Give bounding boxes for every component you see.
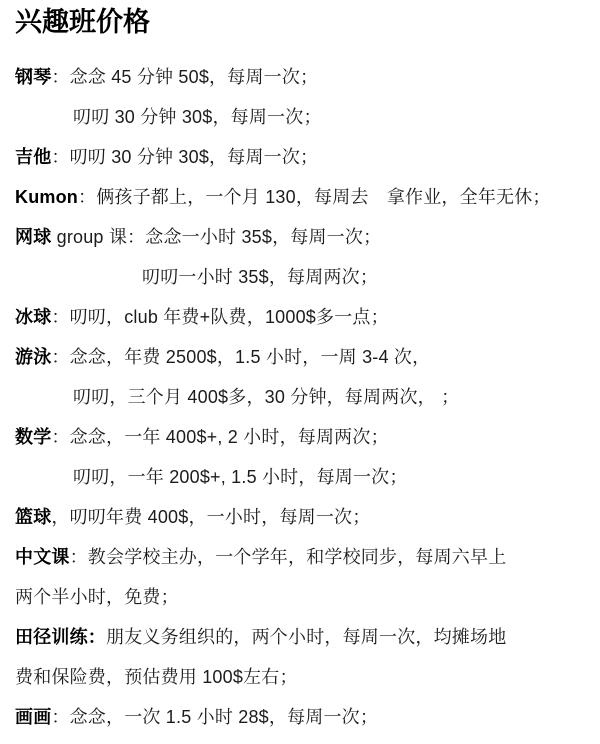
page-title: 兴趣班价格 [15,5,586,39]
line-text: ：俩孩子都上，一个月 130，每周去 拿作业，全年无休； [78,187,551,207]
line-label: Kumon [15,187,78,207]
line-label: 冰球 [15,307,51,327]
line-text: 叨叨，三个月 400$多，30 分钟，每周两次， ； [73,387,459,407]
line-text: group 课：念念一小时 35$，每周一次； [51,227,381,247]
doc-line: 叨叨一小时 35$，每周两次； [15,257,586,297]
doc-line: 田径训练：朋友义务组织的，两个小时，每周一次，均摊场地 [15,617,586,657]
doc-line: 数学：念念，一年 400$+, 2 小时，每周两次； [15,417,586,457]
document-page: 兴趣班价格 钢琴：念念 45 分钟 50$，每周一次； 叨叨 30 分钟 30$… [0,0,600,737]
line-text: ：教会学校主办，一个学年，和学校同步，每周六早上 [70,547,507,567]
doc-line: 两个半小时，免费； [15,577,586,617]
line-text: ：念念，一年 400$+, 2 小时，每周两次； [51,427,388,447]
line-label: 网球 [15,227,51,247]
line-text: 叨叨，一年 200$+, 1.5 小时，每周一次； [73,467,408,487]
doc-line: 中文课：教会学校主办，一个学年，和学校同步，每周六早上 [15,537,586,577]
doc-line: 冰球：叨叨，club 年费+队费，1000$多一点； [15,297,586,337]
line-label: 篮球 [15,507,51,527]
doc-line: 叨叨，三个月 400$多，30 分钟，每周两次， ； [15,377,586,417]
line-label: 田径训练： [15,627,106,647]
doc-line: 叨叨 30 分钟 30$，每周一次； [15,97,586,137]
doc-line: 叨叨，一年 200$+, 1.5 小时，每周一次； [15,457,586,497]
line-label: 吉他 [15,147,51,167]
line-text: 费和保险费，预估费用 100$左右； [15,667,298,687]
line-text: 朋友义务组织的，两个小时，每周一次，均摊场地 [106,627,506,647]
line-text: ：念念 45 分钟 50$，每周一次； [51,67,318,87]
doc-line: Kumon：俩孩子都上，一个月 130，每周去 拿作业，全年无休； [15,177,586,217]
line-label: 数学 [15,427,51,447]
line-label: 画画 [15,707,51,727]
line-text: 叨叨 30 分钟 30$，每周一次； [73,107,322,127]
doc-line: 游泳：念念，年费 2500$，1.5 小时，一周 3-4 次， [15,337,586,377]
line-label: 中文课 [15,547,70,567]
line-label: 钢琴 [15,67,51,87]
line-text: ：念念，年费 2500$，1.5 小时，一周 3-4 次， [51,347,430,367]
line-text: 两个半小时，免费； [15,587,179,607]
line-text: ：念念，一次 1.5 小时 28$，每周一次； [51,707,378,727]
doc-line: 钢琴：念念 45 分钟 50$，每周一次； [15,57,586,97]
line-text: ：叨叨，club 年费+队费，1000$多一点； [51,307,388,327]
doc-line: 网球 group 课：念念一小时 35$，每周一次； [15,217,586,257]
line-text: ：叨叨 30 分钟 30$，每周一次； [51,147,318,167]
doc-line: 篮球，叨叨年费 400$，一小时，每周一次； [15,497,586,537]
line-label: 游泳 [15,347,51,367]
doc-line: 吉他：叨叨 30 分钟 30$，每周一次； [15,137,586,177]
doc-line: 费和保险费，预估费用 100$左右； [15,657,586,697]
doc-line: 画画：念念，一次 1.5 小时 28$，每周一次； [15,697,586,737]
line-text: 叨叨一小时 35$，每周两次； [142,267,378,287]
line-text: ，叨叨年费 400$，一小时，每周一次； [51,507,370,527]
